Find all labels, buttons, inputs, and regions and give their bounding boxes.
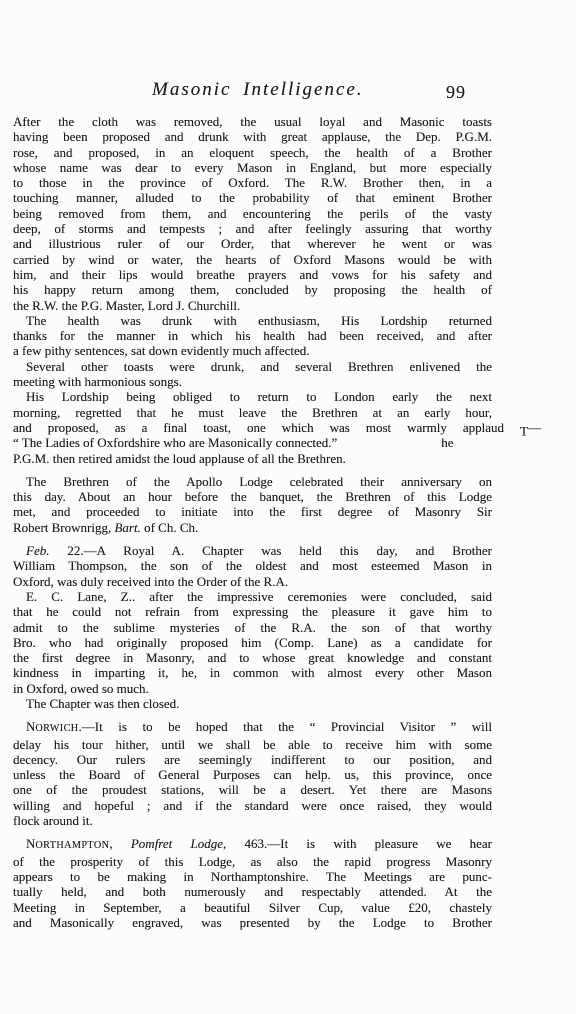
text-run-italic: Pomfret Lodge xyxy=(131,836,223,851)
text-line: this day. About an hour before the banqu… xyxy=(13,489,492,504)
text-line: and Masonically engraved, was presented … xyxy=(13,915,492,930)
text-run-italic: Feb. xyxy=(26,543,49,558)
page-title: Masonic Intelligence. xyxy=(152,79,364,101)
text-line: P.G.M. then retired amidst the loud appl… xyxy=(13,451,492,466)
text-run-displaced: he xyxy=(441,435,453,450)
text-run: the R.W. the P.G. Master, Lord J. Church… xyxy=(13,298,240,313)
paragraph: Several other toasts were drunk, and sev… xyxy=(13,359,492,390)
paragraph: His Lordship being obliged to return to … xyxy=(13,389,492,465)
text-line: having been proposed and drunk with grea… xyxy=(13,129,492,144)
text-run: N xyxy=(26,719,35,734)
text-run: His Lordship being obliged to return to … xyxy=(26,389,492,404)
text-run: Several other toasts were drunk, and sev… xyxy=(26,359,492,374)
text-run: flock around it. xyxy=(13,813,93,828)
text-line: the first degree in Masonry, and to whos… xyxy=(13,650,492,665)
text-line: of the prosperity of this Lodge, as also… xyxy=(13,854,492,869)
text-run: Oxford, was duly received into the Order… xyxy=(13,574,288,589)
text-run: William Thompson, the son of the oldest … xyxy=(13,558,492,573)
text-run: his happy return among them, concluded b… xyxy=(13,282,492,297)
page-number: 99 xyxy=(446,82,466,103)
text-run: 22.—A Royal A. Chapter was held this day… xyxy=(49,543,492,558)
text-line: a few pithy sentences, sat down evidentl… xyxy=(13,343,492,358)
text-line: deep, of storms and tempests ; and after… xyxy=(13,221,492,236)
text-run: tually held, and both numerously and res… xyxy=(13,884,492,899)
text-line: Several other toasts were drunk, and sev… xyxy=(13,359,492,374)
paragraph: The Chapter was then closed. xyxy=(13,696,492,711)
text-run: — xyxy=(528,420,541,435)
text-run: “ The Ladies of Oxfordshire who are Maso… xyxy=(13,435,337,450)
text-line: him, and their lips would breathe prayer… xyxy=(13,267,492,282)
text-run: admit to the sublime mysteries of the R.… xyxy=(13,620,492,635)
text-run-dropped: T xyxy=(520,423,528,438)
text-line: carried by wind or water, the hearts of … xyxy=(13,252,492,267)
text-run-sc: ORWICH xyxy=(35,723,78,734)
text-run: that he could not refrain from expressin… xyxy=(13,604,492,619)
text-run: Meeting in September, a beautiful Silver… xyxy=(13,900,492,915)
text-line: flock around it. xyxy=(13,813,492,828)
text-run: and Masonically engraved, was presented … xyxy=(13,915,492,930)
text-run: delay his tour hither, until we shall be… xyxy=(13,737,492,752)
text-run: N xyxy=(26,836,35,851)
text-line: to those in the province of Oxford. The … xyxy=(13,175,492,190)
page-body: After the cloth was removed, the usual l… xyxy=(13,114,492,930)
text-run: P.G.M. then retired amidst the loud appl… xyxy=(13,451,346,466)
text-line: NORTHAMPTON, Pomfret Lodge, 463.—It is w… xyxy=(13,836,492,853)
text-run: a few pithy sentences, sat down evidentl… xyxy=(13,343,310,358)
text-run: and proposed, as a final toast, one whic… xyxy=(13,420,520,435)
text-run: morning, regretted that he must leave th… xyxy=(13,405,492,420)
text-run: rose, and proposed, in an eloquent speec… xyxy=(13,145,492,160)
text-run-italic: Bart. xyxy=(114,520,140,535)
text-run: , xyxy=(109,836,131,851)
text-line: his happy return among them, concluded b… xyxy=(13,282,492,297)
text-line: being removed from them, and encounterin… xyxy=(13,206,492,221)
text-run: of the prosperity of this Lodge, as also… xyxy=(13,854,492,869)
text-run: decency. Our rulers are seemingly indiff… xyxy=(13,752,492,767)
paragraph: Feb. 22.—A Royal A. Chapter was held thi… xyxy=(13,543,492,589)
text-run: After the cloth was removed, the usual l… xyxy=(13,114,492,129)
text-line: Feb. 22.—A Royal A. Chapter was held thi… xyxy=(13,543,492,558)
text-line: appears to be making in Northamptonshire… xyxy=(13,869,492,884)
text-line: meeting with harmonious songs. xyxy=(13,374,492,389)
text-run: deep, of storms and tempests ; and after… xyxy=(13,221,492,236)
paragraph: E. C. Lane, Z.. after the impressive cer… xyxy=(13,589,492,696)
text-run: Robert Brownrigg, xyxy=(13,520,114,535)
text-run: meeting with harmonious songs. xyxy=(13,374,182,389)
text-run: kindness in imparting it, he, in common … xyxy=(13,665,492,680)
paragraph: After the cloth was removed, the usual l… xyxy=(13,114,492,313)
paragraph: The health was drunk with enthusiasm, Hi… xyxy=(13,313,492,359)
text-run: appears to be making in Northamptonshire… xyxy=(13,869,492,884)
text-line: The health was drunk with enthusiasm, Hi… xyxy=(13,313,492,328)
text-run: whose name was dear to every Mason in En… xyxy=(13,160,492,175)
text-run: , 463.—It is with pleasure we hear xyxy=(223,836,492,851)
text-run: to those in the province of Oxford. The … xyxy=(13,175,492,190)
text-run: him, and their lips would breathe prayer… xyxy=(13,267,492,282)
text-run: and illustrious ruler of our Order, that… xyxy=(13,236,492,251)
text-line: His Lordship being obliged to return to … xyxy=(13,389,492,404)
text-run: having been proposed and drunk with grea… xyxy=(13,129,492,144)
scanned-page: Masonic Intelligence. 99 After the cloth… xyxy=(0,0,576,1014)
text-line: one of the proudest stations, will be a … xyxy=(13,782,492,797)
text-run: The health was drunk with enthusiasm, Hi… xyxy=(26,313,492,328)
text-run: willing and hopeful ; and if the standar… xyxy=(13,798,492,813)
text-line: tually held, and both numerously and res… xyxy=(13,884,492,899)
text-run: The Chapter was then closed. xyxy=(26,696,179,711)
text-line: The Chapter was then closed. xyxy=(13,696,492,711)
text-line: touching manner, alluded to the probabil… xyxy=(13,190,492,205)
text-line: Bro. who had originally proposed him (Co… xyxy=(13,635,492,650)
text-line: that he could not refrain from expressin… xyxy=(13,604,492,619)
text-line: and proposed, as a final toast, one whic… xyxy=(13,420,541,435)
text-line: “ The Ladies of Oxfordshire who are Maso… xyxy=(13,435,492,450)
text-run: Bro. who had originally proposed him (Co… xyxy=(13,635,492,650)
text-line: NORWICH.—It is to be hoped that the “ Pr… xyxy=(13,719,492,736)
paragraph: NORTHAMPTON, Pomfret Lodge, 463.—It is w… xyxy=(13,836,492,930)
text-line: willing and hopeful ; and if the standar… xyxy=(13,798,492,813)
text-line: thanks for the manner in which his healt… xyxy=(13,328,492,343)
text-line: William Thompson, the son of the oldest … xyxy=(13,558,492,573)
text-line: rose, and proposed, in an eloquent speec… xyxy=(13,145,492,160)
text-line: the R.W. the P.G. Master, Lord J. Church… xyxy=(13,298,492,313)
text-line: kindness in imparting it, he, in common … xyxy=(13,665,492,680)
text-line: in Oxford, owed so much. xyxy=(13,681,492,696)
text-run: unless the Board of General Purposes can… xyxy=(13,767,492,782)
text-run: one of the proudest stations, will be a … xyxy=(13,782,492,797)
text-line: Oxford, was duly received into the Order… xyxy=(13,574,492,589)
text-run: this day. About an hour before the banqu… xyxy=(13,489,492,504)
text-run: .—It is to be hoped that the “ Provincia… xyxy=(79,719,492,734)
text-line: admit to the sublime mysteries of the R.… xyxy=(13,620,492,635)
text-run: touching manner, alluded to the probabil… xyxy=(13,190,492,205)
paragraph: The Brethren of the Apollo Lodge celebra… xyxy=(13,474,492,535)
paragraph: NORWICH.—It is to be hoped that the “ Pr… xyxy=(13,719,492,828)
text-run: thanks for the manner in which his healt… xyxy=(13,328,492,343)
text-line: After the cloth was removed, the usual l… xyxy=(13,114,492,129)
text-run: met, and proceeded to initiate into the … xyxy=(13,504,492,519)
text-run: carried by wind or water, the hearts of … xyxy=(13,252,492,267)
text-run-sc: ORTHAMPTON xyxy=(35,840,109,851)
text-line: whose name was dear to every Mason in En… xyxy=(13,160,492,175)
text-line: Meeting in September, a beautiful Silver… xyxy=(13,900,492,915)
text-line: met, and proceeded to initiate into the … xyxy=(13,504,492,519)
text-line: delay his tour hither, until we shall be… xyxy=(13,737,492,752)
text-line: Robert Brownrigg, Bart. of Ch. Ch. xyxy=(13,520,492,535)
text-run: being removed from them, and encounterin… xyxy=(13,206,492,221)
text-line: decency. Our rulers are seemingly indiff… xyxy=(13,752,492,767)
text-line: and illustrious ruler of our Order, that… xyxy=(13,236,492,251)
text-run: in Oxford, owed so much. xyxy=(13,681,149,696)
text-line: unless the Board of General Purposes can… xyxy=(13,767,492,782)
text-run: the first degree in Masonry, and to whos… xyxy=(13,650,492,665)
text-line: E. C. Lane, Z.. after the impressive cer… xyxy=(13,589,492,604)
text-line: The Brethren of the Apollo Lodge celebra… xyxy=(13,474,492,489)
text-run: E. C. Lane, Z.. after the impressive cer… xyxy=(26,589,492,604)
text-run: of Ch. Ch. xyxy=(141,520,198,535)
text-run: The Brethren of the Apollo Lodge celebra… xyxy=(26,474,492,489)
text-line: morning, regretted that he must leave th… xyxy=(13,405,492,420)
